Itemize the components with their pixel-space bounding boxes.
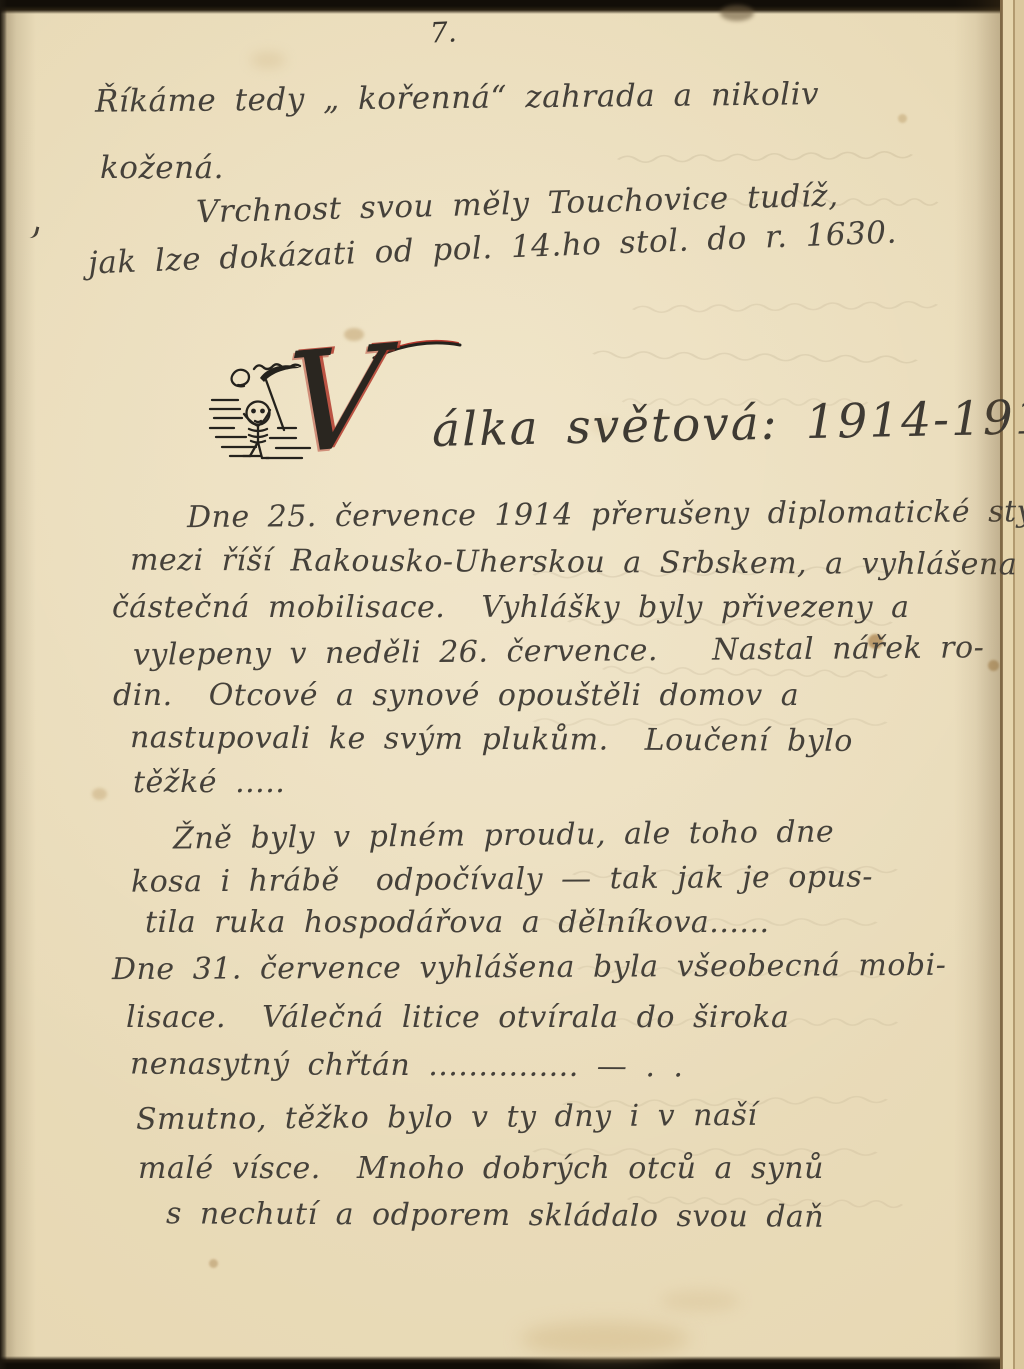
intro-line-1: Říkáme tedy „ kořenná“ zahrada a nikoliv bbox=[95, 76, 819, 121]
intro-line-2: kožená. bbox=[100, 150, 224, 187]
body-line-12: lisace. Válečná litice otvírala do širok… bbox=[126, 1000, 789, 1036]
body-line-16: s nechutí a odporem skládalo svou daň bbox=[166, 1196, 824, 1235]
ink-bleedthrough bbox=[615, 147, 915, 166]
body-line-7: těžké ..... bbox=[133, 765, 285, 801]
body-line-13: nenasytný chřtán ............... — . . bbox=[130, 1047, 684, 1086]
body-line-14: Smutno, těžko bylo v ty dny i v naší bbox=[136, 1098, 758, 1138]
body-line-4: vylepeny v neděli 26. července. Nastal n… bbox=[133, 630, 985, 673]
ink-bleedthrough bbox=[590, 347, 920, 367]
title-initial: V bbox=[285, 327, 387, 474]
ink-bleedthrough bbox=[630, 297, 940, 316]
title-text: álka světová: 1914-1918. bbox=[431, 389, 1024, 458]
age-stain bbox=[898, 114, 907, 123]
body-line-3: částečná mobilisace. Vyhlášky byly přive… bbox=[112, 590, 909, 626]
page-edge-left bbox=[0, 0, 7, 1369]
body-line-11: Dne 31. července vyhlášena byla všeobecn… bbox=[112, 948, 946, 988]
age-stain bbox=[209, 1259, 218, 1268]
body-line-2: mezi říší Rakousko-Uherskou a Srbskem, a… bbox=[130, 543, 1017, 584]
age-stain bbox=[660, 1290, 740, 1312]
body-line-9: kosa i hrábě odpočívaly — tak jak je opu… bbox=[131, 859, 873, 900]
age-stain bbox=[92, 788, 107, 800]
body-line-8: Žně byly v plném proudu, ale toho dne bbox=[173, 815, 834, 858]
age-stain bbox=[988, 660, 999, 671]
body-line-10: tila ruka hospodářova a dělníkova...... bbox=[145, 905, 770, 941]
age-stain bbox=[520, 1322, 690, 1356]
body-line-6: nastupovali ke svým plukům. Loučení bylo bbox=[130, 720, 853, 760]
page-edge-bottom bbox=[0, 1356, 1024, 1369]
page-edge-right bbox=[1000, 0, 1024, 1369]
body-line-5: din. Otcové a synové opouštěli domov a bbox=[113, 678, 799, 714]
page-edge-top bbox=[0, 0, 1024, 14]
stray-ink-mark bbox=[29, 225, 40, 240]
page-number: 7. bbox=[429, 15, 457, 49]
manuscript-page: 7. Říkáme tedy „ kořenná“ zahrada a niko… bbox=[0, 0, 1024, 1369]
body-line-15: malé vísce. Mnoho dobrých otců a synů bbox=[138, 1151, 824, 1187]
age-stain bbox=[250, 52, 286, 68]
body-line-1: Dne 25. července 1914 přerušeny diplomat… bbox=[187, 494, 1024, 536]
